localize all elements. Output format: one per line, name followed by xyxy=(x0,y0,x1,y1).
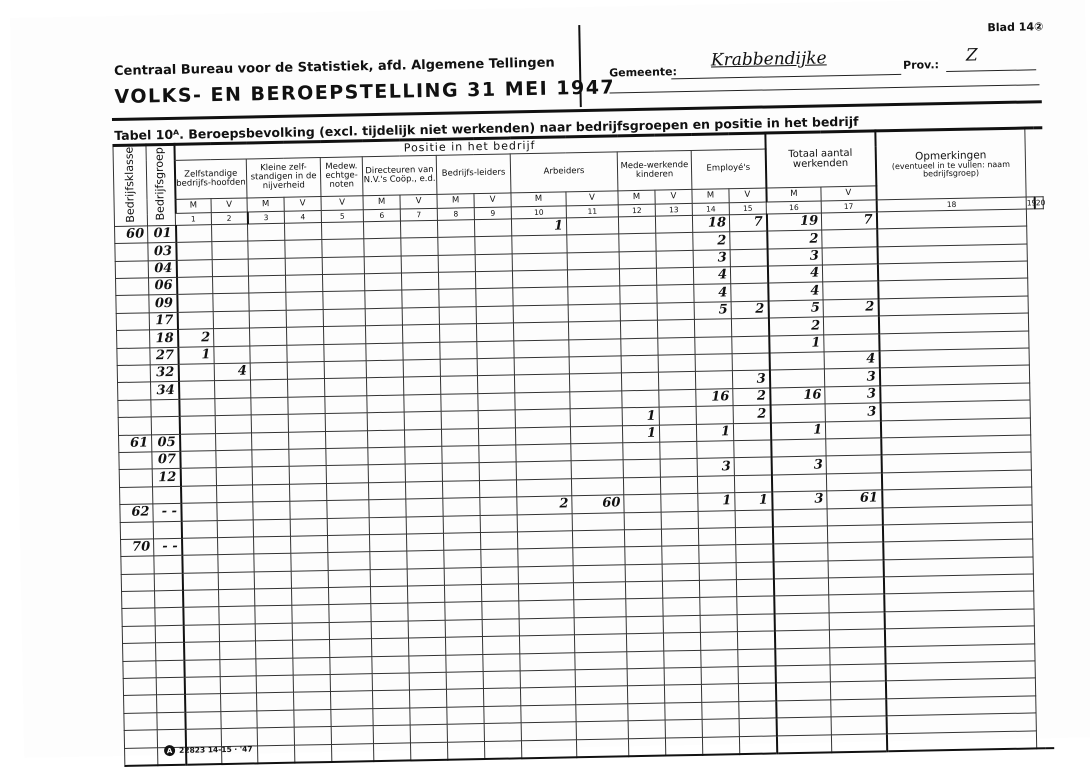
value-cell-col-10[interactable] xyxy=(442,446,479,464)
value-cell-col-5[interactable] xyxy=(256,658,293,676)
value-cell-col-6[interactable] xyxy=(289,466,326,484)
value-cell-col-7[interactable] xyxy=(329,604,371,622)
value-cell-col-17[interactable] xyxy=(738,683,775,701)
value-cell-col-10[interactable] xyxy=(441,393,478,411)
value-cell-col-11[interactable] xyxy=(482,619,519,637)
value-cell-col-9[interactable] xyxy=(401,255,438,273)
value-cell-col-9[interactable] xyxy=(408,637,445,655)
value-cell-col-10[interactable] xyxy=(443,532,480,550)
value-cell-col-7[interactable] xyxy=(328,587,370,605)
value-cell-col-9[interactable] xyxy=(407,551,444,569)
value-cell-col-14[interactable] xyxy=(622,390,659,408)
value-cell-col-4[interactable] xyxy=(220,659,256,677)
bedrijfsklasse-cell[interactable] xyxy=(124,695,157,713)
value-cell-col-16[interactable] xyxy=(695,354,732,372)
value-cell-col-13[interactable] xyxy=(573,547,625,565)
value-cell-col-4[interactable] xyxy=(213,276,249,294)
value-cell-col-20[interactable] xyxy=(887,731,1037,752)
value-cell-col-18[interactable]: 2 xyxy=(767,230,822,248)
value-cell-col-13[interactable] xyxy=(574,599,626,617)
value-cell-col-5[interactable] xyxy=(252,449,289,467)
bedrijfsgroep-cell[interactable] xyxy=(156,643,184,661)
value-cell-col-8[interactable] xyxy=(371,638,408,656)
value-cell-col-16[interactable]: 4 xyxy=(694,284,731,302)
value-cell-col-7[interactable] xyxy=(327,517,369,535)
value-cell-col-9[interactable] xyxy=(410,724,447,742)
value-cell-col-7[interactable] xyxy=(328,552,370,570)
value-cell-col-10[interactable] xyxy=(444,585,481,603)
value-cell-col-14[interactable] xyxy=(625,564,662,582)
value-cell-col-12[interactable] xyxy=(513,322,568,340)
value-cell-col-4[interactable] xyxy=(218,554,254,572)
bedrijfsklasse-cell[interactable] xyxy=(122,626,155,644)
value-cell-col-17[interactable] xyxy=(736,579,773,597)
value-cell-col-19[interactable] xyxy=(831,716,886,734)
value-cell-col-7[interactable] xyxy=(329,622,371,640)
value-cell-col-19[interactable]: 4 xyxy=(824,351,879,369)
value-cell-col-6[interactable] xyxy=(285,240,322,258)
value-cell-col-14[interactable] xyxy=(623,477,660,495)
value-cell-col-15[interactable] xyxy=(655,215,692,233)
value-cell-col-19[interactable] xyxy=(830,646,885,664)
value-cell-col-15[interactable] xyxy=(661,511,698,529)
bedrijfsgroep-cell[interactable] xyxy=(153,521,181,539)
value-cell-col-6[interactable] xyxy=(284,222,321,240)
value-cell-col-16[interactable] xyxy=(700,614,737,632)
value-cell-col-15[interactable] xyxy=(659,424,696,442)
value-cell-col-16[interactable] xyxy=(702,701,739,719)
value-cell-col-13[interactable] xyxy=(574,617,626,635)
value-cell-col-12[interactable] xyxy=(521,739,576,758)
value-cell-col-9[interactable] xyxy=(409,672,446,690)
value-cell-col-15[interactable] xyxy=(663,598,700,616)
value-cell-col-17[interactable] xyxy=(737,614,774,632)
value-cell-col-13[interactable] xyxy=(570,391,622,409)
value-cell-col-4[interactable] xyxy=(221,693,257,711)
value-cell-col-19[interactable] xyxy=(826,420,881,438)
value-cell-col-12[interactable] xyxy=(518,565,573,583)
value-cell-col-10[interactable] xyxy=(441,428,478,446)
value-cell-col-13[interactable] xyxy=(571,478,623,496)
value-cell-col-5[interactable] xyxy=(257,727,294,745)
bedrijfsklasse-cell[interactable] xyxy=(118,400,151,418)
value-cell-col-5[interactable] xyxy=(257,693,294,711)
value-cell-col-6[interactable] xyxy=(287,379,324,397)
value-cell-col-19[interactable] xyxy=(826,438,881,456)
value-cell-col-19[interactable]: 2 xyxy=(823,299,878,317)
value-cell-col-9[interactable] xyxy=(408,603,445,621)
value-cell-col-6[interactable] xyxy=(294,709,331,727)
value-cell-col-9[interactable] xyxy=(408,620,445,638)
value-cell-col-15[interactable] xyxy=(661,528,698,546)
value-cell-col-9[interactable] xyxy=(407,568,444,586)
value-cell-col-8[interactable] xyxy=(366,360,403,378)
bedrijfsgroep-cell[interactable]: 03 xyxy=(148,243,176,261)
value-cell-col-16[interactable] xyxy=(699,545,736,563)
value-cell-col-5[interactable] xyxy=(248,275,285,293)
value-cell-col-8[interactable] xyxy=(364,256,401,274)
value-cell-col-5[interactable] xyxy=(252,467,289,485)
value-cell-col-8[interactable] xyxy=(368,464,405,482)
value-cell-col-15[interactable] xyxy=(657,285,694,303)
value-cell-col-5[interactable] xyxy=(255,588,292,606)
value-cell-col-16[interactable] xyxy=(702,719,739,737)
value-cell-col-7[interactable] xyxy=(327,535,369,553)
value-cell-col-18[interactable] xyxy=(770,369,825,387)
value-cell-col-15[interactable] xyxy=(659,389,696,407)
value-cell-col-13[interactable] xyxy=(568,286,620,304)
value-cell-col-6[interactable] xyxy=(294,692,331,710)
value-cell-col-8[interactable] xyxy=(371,603,408,621)
bedrijfsgroep-cell[interactable]: 05 xyxy=(152,434,180,452)
value-cell-col-11[interactable] xyxy=(478,410,515,428)
value-cell-col-17[interactable] xyxy=(736,562,773,580)
bedrijfsklasse-cell[interactable] xyxy=(120,521,153,539)
bedrijfsgroep-cell[interactable]: 27 xyxy=(150,347,178,365)
value-cell-col-15[interactable] xyxy=(664,650,701,668)
value-cell-col-18[interactable] xyxy=(774,613,829,631)
value-cell-col-12[interactable] xyxy=(517,513,572,531)
value-cell-col-6[interactable] xyxy=(292,605,329,623)
value-cell-col-12[interactable] xyxy=(514,357,569,375)
value-cell-col-14[interactable] xyxy=(627,685,664,703)
value-cell-col-3[interactable] xyxy=(179,381,215,399)
value-cell-col-14[interactable] xyxy=(624,512,661,530)
value-cell-col-5[interactable] xyxy=(249,310,286,328)
value-cell-col-4[interactable] xyxy=(219,606,255,624)
value-cell-col-8[interactable] xyxy=(365,290,402,308)
value-cell-col-7[interactable] xyxy=(331,743,373,762)
value-cell-col-5[interactable] xyxy=(255,623,292,641)
bedrijfsgroep-cell[interactable]: 17 xyxy=(149,312,177,330)
value-cell-col-16[interactable] xyxy=(702,736,739,755)
value-cell-col-5[interactable] xyxy=(251,380,288,398)
value-cell-col-19[interactable] xyxy=(829,577,884,595)
value-cell-col-10[interactable] xyxy=(447,724,484,742)
value-cell-col-18[interactable]: 5 xyxy=(768,300,823,318)
value-cell-col-17[interactable] xyxy=(736,544,773,562)
value-cell-col-15[interactable] xyxy=(659,407,696,425)
value-cell-col-13[interactable] xyxy=(568,304,620,322)
value-cell-col-9[interactable] xyxy=(404,394,441,412)
value-cell-col-11[interactable] xyxy=(482,601,519,619)
value-cell-col-11[interactable] xyxy=(476,306,513,324)
value-cell-col-11[interactable] xyxy=(482,636,519,654)
value-cell-col-13[interactable] xyxy=(571,460,623,478)
value-cell-col-3[interactable] xyxy=(178,364,214,382)
bedrijfsgroep-cell[interactable] xyxy=(154,573,182,591)
value-cell-col-13[interactable] xyxy=(569,373,621,391)
value-cell-col-4[interactable] xyxy=(216,432,252,450)
value-cell-col-12[interactable]: 2 xyxy=(517,496,572,514)
value-cell-col-10[interactable] xyxy=(438,254,475,272)
value-cell-col-19[interactable] xyxy=(827,473,882,491)
value-cell-col-17[interactable] xyxy=(732,336,769,354)
value-cell-col-3[interactable] xyxy=(179,416,215,434)
value-cell-col-14[interactable] xyxy=(620,320,657,338)
value-cell-col-5[interactable] xyxy=(249,327,286,345)
value-cell-col-17[interactable] xyxy=(732,353,769,371)
value-cell-col-14[interactable] xyxy=(623,459,660,477)
value-cell-col-13[interactable] xyxy=(572,512,624,530)
value-cell-col-3[interactable] xyxy=(182,555,218,573)
value-cell-col-11[interactable] xyxy=(478,427,515,445)
value-cell-col-14[interactable] xyxy=(628,703,665,721)
value-cell-col-7[interactable] xyxy=(331,726,373,744)
value-cell-col-3[interactable] xyxy=(177,294,213,312)
value-cell-col-14[interactable] xyxy=(621,372,658,390)
value-cell-col-9[interactable] xyxy=(410,742,447,761)
value-cell-col-18[interactable] xyxy=(772,508,827,526)
value-cell-col-17[interactable]: 3 xyxy=(732,370,769,388)
bedrijfsklasse-cell[interactable]: 60 xyxy=(115,226,148,244)
value-cell-col-3[interactable] xyxy=(184,677,220,695)
bedrijfsgroep-cell[interactable] xyxy=(156,677,184,695)
value-cell-col-17[interactable] xyxy=(737,631,774,649)
value-cell-col-13[interactable] xyxy=(572,530,624,548)
value-cell-col-10[interactable] xyxy=(441,411,478,429)
value-cell-col-19[interactable] xyxy=(831,699,886,717)
value-cell-col-10[interactable] xyxy=(439,306,476,324)
value-cell-col-7[interactable] xyxy=(330,656,372,674)
value-cell-col-16[interactable] xyxy=(701,649,738,667)
value-cell-col-10[interactable] xyxy=(437,219,474,237)
value-cell-col-9[interactable] xyxy=(410,707,447,725)
value-cell-col-3[interactable] xyxy=(180,451,216,469)
value-cell-col-4[interactable] xyxy=(219,589,255,607)
value-cell-col-17[interactable]: 2 xyxy=(733,405,770,423)
value-cell-col-10[interactable] xyxy=(443,498,480,516)
value-cell-col-10[interactable] xyxy=(443,515,480,533)
value-cell-col-3[interactable] xyxy=(179,398,215,416)
value-cell-col-18[interactable] xyxy=(776,717,831,735)
value-cell-col-14[interactable] xyxy=(619,233,656,251)
value-cell-col-11[interactable] xyxy=(483,671,520,689)
bedrijfsgroep-cell[interactable]: 06 xyxy=(149,277,177,295)
value-cell-col-14[interactable] xyxy=(624,529,661,547)
value-cell-col-19[interactable] xyxy=(830,664,885,682)
value-cell-col-4[interactable] xyxy=(214,328,250,346)
bedrijfsklasse-cell[interactable] xyxy=(125,747,158,766)
value-cell-col-9[interactable] xyxy=(402,325,439,343)
value-cell-col-7[interactable] xyxy=(325,430,367,448)
value-cell-col-12[interactable] xyxy=(519,600,574,618)
bedrijfsklasse-cell[interactable] xyxy=(117,347,150,365)
value-cell-col-14[interactable] xyxy=(627,668,664,686)
value-cell-col-4[interactable] xyxy=(219,624,255,642)
value-cell-col-12[interactable] xyxy=(512,270,567,288)
value-cell-col-4[interactable] xyxy=(212,241,248,259)
value-cell-col-16[interactable] xyxy=(697,441,734,459)
value-cell-col-14[interactable] xyxy=(627,651,664,669)
value-cell-col-15[interactable] xyxy=(656,233,693,251)
value-cell-col-9[interactable] xyxy=(409,655,446,673)
value-cell-col-8[interactable] xyxy=(373,725,410,743)
bedrijfsklasse-cell[interactable] xyxy=(123,643,156,661)
value-cell-col-7[interactable] xyxy=(322,274,364,292)
value-cell-col-7[interactable] xyxy=(321,222,363,240)
value-cell-col-8[interactable] xyxy=(368,447,405,465)
value-cell-col-12[interactable] xyxy=(518,583,573,601)
value-cell-col-6[interactable] xyxy=(293,657,330,675)
value-cell-col-10[interactable] xyxy=(440,359,477,377)
value-cell-col-12[interactable] xyxy=(513,305,568,323)
value-cell-col-3[interactable] xyxy=(183,624,219,642)
value-cell-col-11[interactable] xyxy=(479,462,516,480)
bedrijfsklasse-cell[interactable] xyxy=(115,243,148,261)
value-cell-col-11[interactable] xyxy=(477,375,514,393)
value-cell-col-16[interactable]: 1 xyxy=(698,493,735,511)
value-cell-col-8[interactable] xyxy=(366,343,403,361)
bedrijfsklasse-cell[interactable] xyxy=(119,452,152,470)
value-cell-col-6[interactable] xyxy=(290,535,327,553)
value-cell-col-15[interactable] xyxy=(656,250,693,268)
value-cell-col-16[interactable]: 3 xyxy=(697,458,734,476)
value-cell-col-12[interactable] xyxy=(514,339,569,357)
value-cell-col-16[interactable]: 5 xyxy=(694,302,731,320)
value-cell-col-19[interactable] xyxy=(823,264,878,282)
value-cell-col-17[interactable] xyxy=(735,527,772,545)
value-cell-col-10[interactable] xyxy=(440,341,477,359)
bedrijfsklasse-cell[interactable] xyxy=(116,295,149,313)
value-cell-col-5[interactable] xyxy=(254,571,291,589)
value-cell-col-4[interactable] xyxy=(215,415,251,433)
value-cell-col-19[interactable] xyxy=(828,560,883,578)
value-cell-col-10[interactable] xyxy=(445,637,482,655)
value-cell-col-17[interactable]: 2 xyxy=(733,388,770,406)
value-cell-col-4[interactable] xyxy=(212,224,248,242)
value-cell-col-6[interactable] xyxy=(293,640,330,658)
value-cell-col-8[interactable] xyxy=(367,395,404,413)
value-cell-col-8[interactable] xyxy=(370,569,407,587)
value-cell-col-19[interactable] xyxy=(827,507,882,525)
value-cell-col-14[interactable]: 1 xyxy=(622,425,659,443)
value-cell-col-19[interactable] xyxy=(829,612,884,630)
value-cell-col-8[interactable] xyxy=(367,412,404,430)
value-cell-col-8[interactable] xyxy=(363,221,400,239)
bedrijfsklasse-cell[interactable]: 70 xyxy=(121,539,154,557)
value-cell-col-14[interactable] xyxy=(626,633,663,651)
value-cell-col-11[interactable] xyxy=(476,288,513,306)
value-cell-col-13[interactable] xyxy=(570,425,622,443)
value-cell-col-10[interactable] xyxy=(439,289,476,307)
value-cell-col-18[interactable]: 3 xyxy=(771,456,826,474)
value-cell-col-14[interactable] xyxy=(625,581,662,599)
value-cell-col-7[interactable] xyxy=(325,413,367,431)
value-cell-col-9[interactable] xyxy=(406,516,443,534)
value-cell-col-12[interactable] xyxy=(512,252,567,270)
value-cell-col-5[interactable] xyxy=(253,519,290,537)
value-cell-col-6[interactable] xyxy=(294,727,331,745)
value-cell-col-19[interactable]: 3 xyxy=(825,368,880,386)
bedrijfsklasse-cell[interactable] xyxy=(124,730,157,748)
value-cell-col-18[interactable] xyxy=(775,665,830,683)
value-cell-col-3[interactable] xyxy=(184,659,220,677)
value-cell-col-19[interactable] xyxy=(830,629,885,647)
bedrijfsgroep-cell[interactable]: - - xyxy=(154,538,182,556)
value-cell-col-7[interactable] xyxy=(327,500,369,518)
value-cell-col-9[interactable] xyxy=(405,464,442,482)
value-cell-col-9[interactable] xyxy=(406,533,443,551)
value-cell-col-11[interactable] xyxy=(483,688,520,706)
value-cell-col-8[interactable] xyxy=(370,551,407,569)
value-cell-col-3[interactable] xyxy=(184,642,220,660)
value-cell-col-13[interactable] xyxy=(569,356,621,374)
value-cell-col-11[interactable] xyxy=(484,723,521,741)
value-cell-col-8[interactable] xyxy=(370,586,407,604)
value-cell-col-4[interactable] xyxy=(214,346,250,364)
value-cell-col-15[interactable] xyxy=(662,563,699,581)
value-cell-col-8[interactable] xyxy=(369,499,406,517)
value-cell-col-14[interactable] xyxy=(628,720,665,738)
value-cell-col-17[interactable] xyxy=(730,231,767,249)
bedrijfsgroep-cell[interactable]: 09 xyxy=(149,295,177,313)
value-cell-col-14[interactable] xyxy=(620,286,657,304)
value-cell-col-3[interactable] xyxy=(185,711,221,729)
value-cell-col-17[interactable] xyxy=(739,718,776,736)
bedrijfsgroep-cell[interactable] xyxy=(156,660,184,678)
value-cell-col-18[interactable]: 4 xyxy=(768,265,823,283)
value-cell-col-3[interactable] xyxy=(185,694,221,712)
bedrijfsklasse-cell[interactable] xyxy=(124,713,157,731)
value-cell-col-6[interactable] xyxy=(290,501,327,519)
value-cell-col-16[interactable] xyxy=(700,632,737,650)
value-cell-col-7[interactable] xyxy=(323,326,365,344)
bedrijfsgroep-cell[interactable]: 07 xyxy=(152,451,180,469)
value-cell-col-13[interactable] xyxy=(574,634,626,652)
value-cell-col-11[interactable] xyxy=(479,480,516,498)
value-cell-col-12[interactable] xyxy=(516,461,571,479)
value-cell-col-13[interactable] xyxy=(566,217,618,235)
value-cell-col-6[interactable] xyxy=(295,744,332,763)
value-cell-col-5[interactable] xyxy=(251,397,288,415)
value-cell-col-9[interactable] xyxy=(400,220,437,238)
value-cell-col-18[interactable] xyxy=(773,561,828,579)
bedrijfsgroep-cell[interactable] xyxy=(154,556,182,574)
value-cell-col-11[interactable] xyxy=(475,271,512,289)
value-cell-col-4[interactable]: 4 xyxy=(214,363,250,381)
value-cell-col-4[interactable] xyxy=(220,676,256,694)
value-cell-col-16[interactable] xyxy=(698,510,735,528)
value-cell-col-3[interactable] xyxy=(181,503,217,521)
value-cell-col-14[interactable] xyxy=(628,738,665,757)
value-cell-col-18[interactable] xyxy=(776,700,831,718)
value-cell-col-18[interactable] xyxy=(774,578,829,596)
value-cell-col-15[interactable] xyxy=(658,354,695,372)
value-cell-col-18[interactable] xyxy=(776,682,831,700)
value-cell-col-6[interactable] xyxy=(289,483,326,501)
value-cell-col-4[interactable] xyxy=(217,519,253,537)
value-cell-col-19[interactable]: 3 xyxy=(825,403,880,421)
value-cell-col-10[interactable] xyxy=(442,480,479,498)
value-cell-col-19[interactable] xyxy=(828,542,883,560)
value-cell-col-4[interactable] xyxy=(221,711,257,729)
value-cell-col-15[interactable] xyxy=(664,667,701,685)
value-cell-col-15[interactable] xyxy=(665,737,702,756)
value-cell-col-3[interactable]: 2 xyxy=(178,329,214,347)
value-cell-col-13[interactable] xyxy=(569,338,621,356)
value-cell-col-19[interactable] xyxy=(822,247,877,265)
value-cell-col-15[interactable] xyxy=(657,302,694,320)
value-cell-col-4[interactable] xyxy=(213,311,249,329)
bedrijfsklasse-cell[interactable] xyxy=(121,556,154,574)
value-cell-col-5[interactable] xyxy=(250,362,287,380)
value-cell-col-10[interactable] xyxy=(444,550,481,568)
value-cell-col-4[interactable] xyxy=(213,293,249,311)
value-cell-col-13[interactable] xyxy=(573,582,625,600)
value-cell-col-9[interactable] xyxy=(403,377,440,395)
value-cell-col-4[interactable] xyxy=(215,380,251,398)
